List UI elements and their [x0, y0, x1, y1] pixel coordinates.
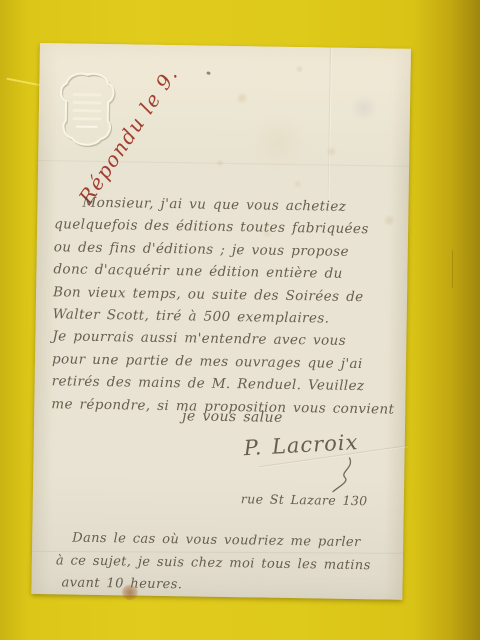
photo-background: Répondu le 9. Monsieur, j'ai vu que vous… — [0, 0, 480, 640]
letter-paper: Répondu le 9. Monsieur, j'ai vu que vous… — [31, 43, 411, 600]
signature-flourish — [329, 456, 356, 494]
paper-crease — [327, 48, 331, 218]
letter-body: Monsieur, j'ai vu que vous achetiez quel… — [51, 191, 400, 420]
address-line: rue St Lazare 130 — [241, 491, 368, 508]
background-scratch — [452, 250, 453, 288]
foxing-stain — [121, 584, 138, 600]
postscript: Dans le cas où vous voudriez me parler à… — [46, 527, 371, 600]
ink-speck — [206, 71, 211, 75]
closing-salutation: je vous salue — [182, 408, 283, 426]
